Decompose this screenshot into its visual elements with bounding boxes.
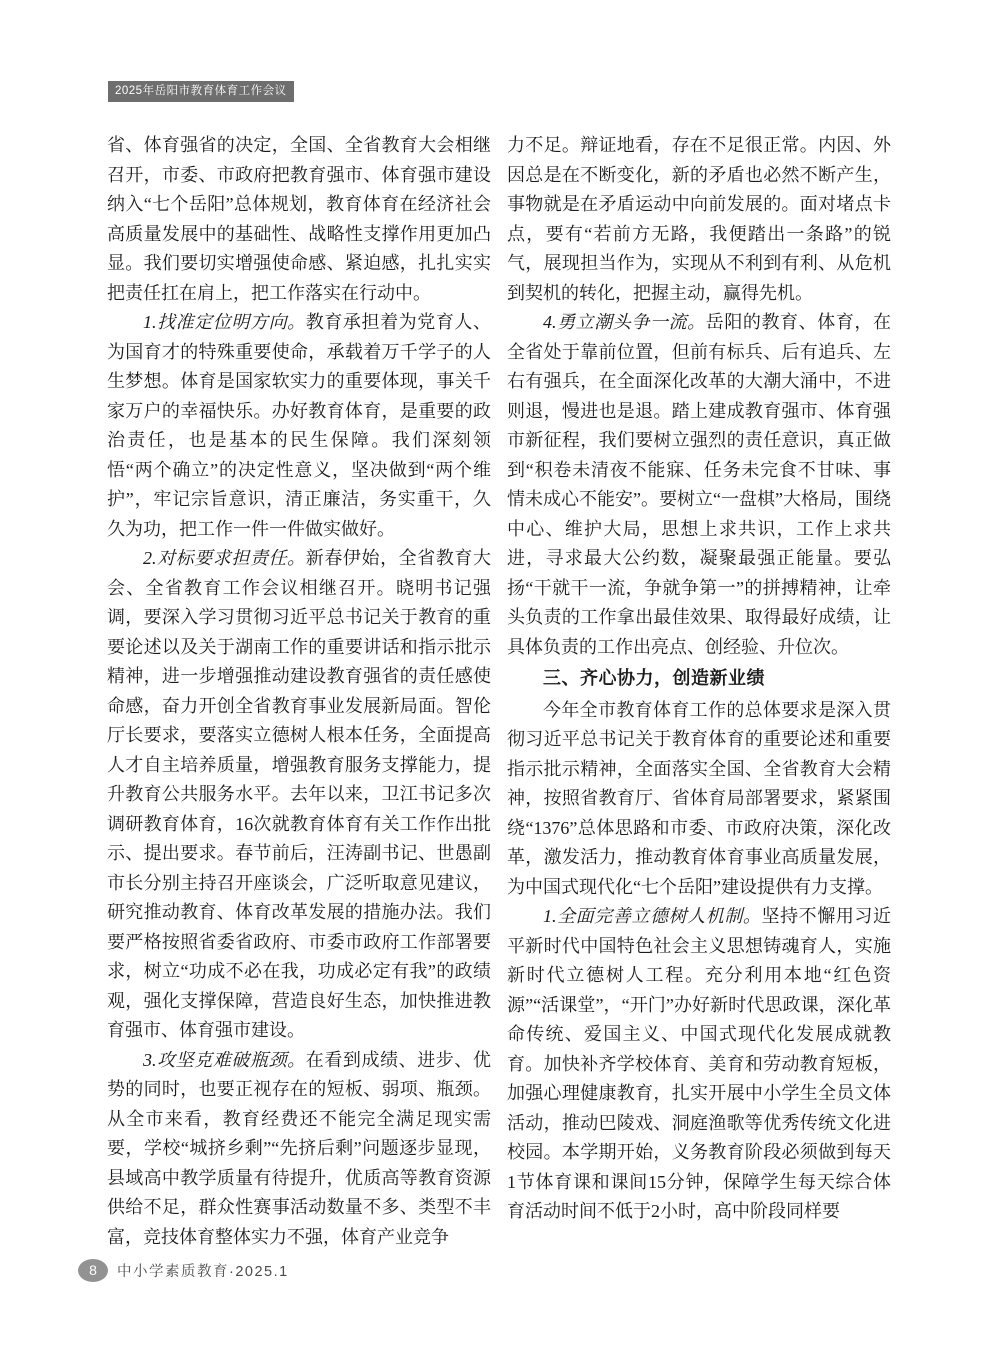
right-column: 力不足。辩证地看，存在不足很正常。内因、外因总是在不断变化，新的矛盾也必然不断产… (507, 131, 891, 1252)
paragraph-text: 在看到成绩、进步、优势的同时，也要正视存在的短板、弱项、瓶颈。从全市来看，教育经… (107, 1050, 491, 1247)
paragraph-lead: 4.勇立潮头争一流。 (543, 312, 706, 332)
paragraph-text: 今年全市教育体育工作的总体要求是深入贯彻习近平总书记关于教育体育的重要论述和重要… (507, 700, 891, 897)
paragraph-text: 力不足。辩证地看，存在不足很正常。内因、外因总是在不断变化，新的矛盾也必然不断产… (507, 135, 891, 303)
section-header-tag: 2025年岳阳市教育体育工作会议 (108, 81, 294, 102)
paragraph-lead: 1.找准定位明方向。 (143, 312, 306, 332)
paragraph-text: 坚持不懈用习近平新时代中国特色社会主义思想铸魂育人，实施新时代立德树人工程。充分… (507, 906, 891, 1221)
paragraph-text: 岳阳的教育、体育，在全省处于靠前位置，但前有标兵、后有追兵、左右有强兵，在全面深… (507, 312, 891, 657)
paragraph-text: 教育承担着为党育人、为国育才的特殊重要使命，承载着万千学子的人生梦想。体育是国家… (107, 312, 491, 539)
paragraph: 今年全市教育体育工作的总体要求是深入贯彻习近平总书记关于教育体育的重要论述和重要… (507, 696, 891, 903)
paragraph: 1.找准定位明方向。教育承担着为党育人、为国育才的特殊重要使命，承载着万千学子的… (107, 308, 491, 544)
page-footer: 8 中小学素质教育·2025.1 (78, 1259, 289, 1282)
article-body: 省、体育强省的决定，全国、全省教育大会相继召开，市委、市政府把教育强市、体育强市… (107, 131, 891, 1252)
left-column: 省、体育强省的决定，全国、全省教育大会相继召开，市委、市政府把教育强市、体育强市… (107, 131, 491, 1252)
paragraph-text: 新春伊始，全省教育大会、全省教育工作会议相继召开。晓明书记强调，要深入学习贯彻习… (107, 548, 491, 1040)
paragraph: 3.攻坚克难破瓶颈。在看到成绩、进步、优势的同时，也要正视存在的短板、弱项、瓶颈… (107, 1046, 491, 1253)
section-heading: 三、齐心协力，创造新业绩 (507, 662, 891, 696)
paragraph-lead: 3.攻坚克难破瓶颈。 (143, 1050, 306, 1070)
paragraph: 1.全面完善立德树人机制。坚持不懈用习近平新时代中国特色社会主义思想铸魂育人，实… (507, 902, 891, 1227)
page-number-badge: 8 (78, 1259, 108, 1282)
magazine-page: 2025年岳阳市教育体育工作会议 省、体育强省的决定，全国、全省教育大会相继召开… (0, 0, 992, 1346)
paragraph-lead: 2.对标要求担责任。 (143, 548, 306, 568)
paragraph: 2.对标要求担责任。新春伊始，全省教育大会、全省教育工作会议相继召开。晓明书记强… (107, 544, 491, 1046)
journal-name: 中小学素质教育·2025.1 (117, 1260, 289, 1281)
paragraph-lead: 1.全面完善立德树人机制。 (543, 906, 762, 926)
paragraph: 4.勇立潮头争一流。岳阳的教育、体育，在全省处于靠前位置，但前有标兵、后有追兵、… (507, 308, 891, 662)
paragraph: 力不足。辩证地看，存在不足很正常。内因、外因总是在不断变化，新的矛盾也必然不断产… (507, 131, 891, 308)
paragraph-text: 省、体育强省的决定，全国、全省教育大会相继召开，市委、市政府把教育强市、体育强市… (107, 135, 491, 303)
paragraph: 省、体育强省的决定，全国、全省教育大会相继召开，市委、市政府把教育强市、体育强市… (107, 131, 491, 308)
